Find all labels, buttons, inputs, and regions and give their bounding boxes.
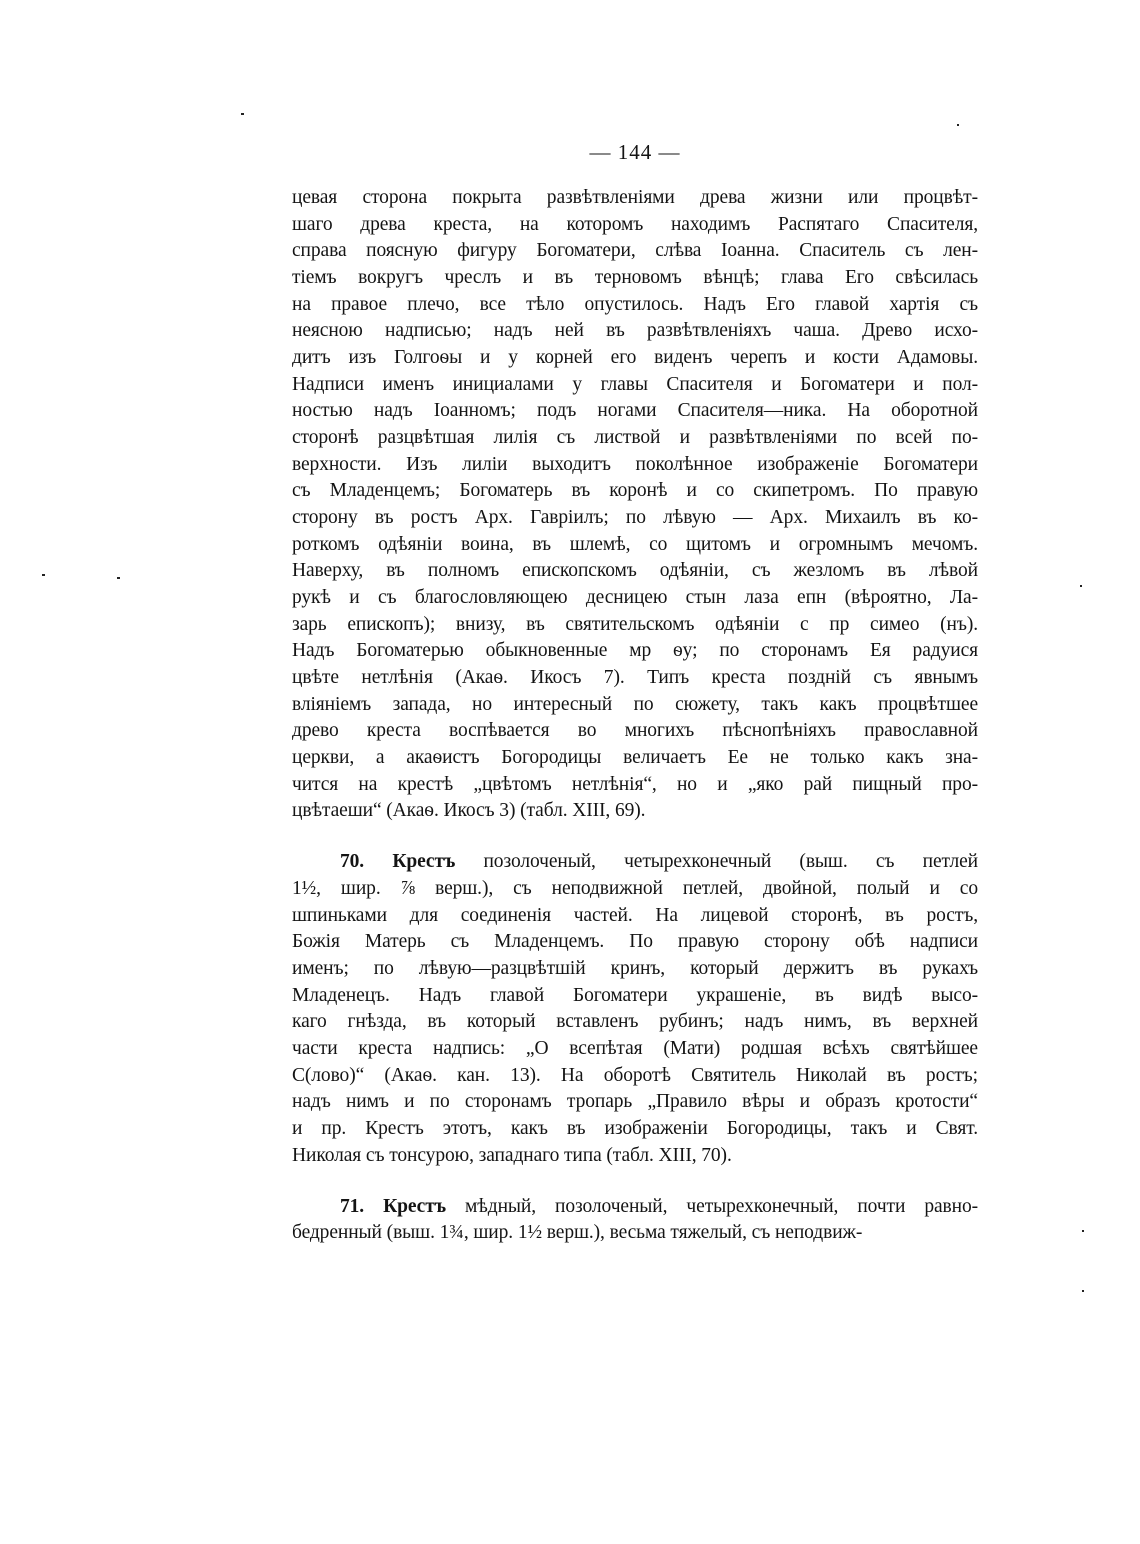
text-line: Божія Матерь съ Младенцемъ. По правую ст… [292,929,978,955]
text-line: шаго древа креста, на которомъ находимъ … [292,212,978,238]
text-line: 70. Крестъ позолоченый, четырехконечный … [292,849,978,875]
item-number: 70. [340,851,392,872]
item-heading: Крестъ [392,851,483,872]
text-line: шпиньками для соединенія частей. На лице… [292,903,978,929]
text-line: Надписи именъ инициалами у главы Спасите… [292,372,978,398]
scan-speck [117,577,120,579]
text-line: древо креста воспѣвается во многихъ пѣсн… [292,718,978,744]
scan-speck [1082,1290,1084,1292]
text-line: церкви, а акаѳистъ Богородицы величаетъ … [292,745,978,771]
text-line: Младенецъ. Надъ главой Богоматери украше… [292,983,978,1009]
text-line: тіемъ вокругъ чреслъ и въ терновомъ вѣнц… [292,265,978,291]
text-line: вліяніемъ запада, но интересный по сюжет… [292,692,978,718]
text-line: Николая съ тонсурою, западнаго типа (таб… [292,1143,978,1169]
text-line: С(лово)“ (Акаѳ. кан. 13). На оборотѣ Свя… [292,1063,978,1089]
text-line: цвѣтаеши“ (Акаѳ. Икосъ 3) (табл. XIII, 6… [292,798,978,824]
item-text: позолоченый, четырехконечный (выш. съ пе… [483,851,978,872]
text-line: сторону въ ростъ Арх. Гавріилъ; по лѣвую… [292,505,978,531]
text-line: справа поясную фигуру Богоматери, слѣва … [292,238,978,264]
text-line: зарь епископъ); внизу, въ святительскомъ… [292,612,978,638]
scan-speck [241,113,244,115]
text-line: надъ нимъ и по сторонамъ тропарь „Правил… [292,1089,978,1115]
text-line: 71. Крестъ мѣдный, позолоченый, четырехк… [292,1194,978,1220]
text-line: цевая сторона покрыта развѣтвленіями дре… [292,185,978,211]
text-line: сторонѣ разцвѣтшая лилія съ листвой и ра… [292,425,978,451]
text-line: верхности. Изъ лиліи выходитъ поколѣнное… [292,452,978,478]
text-line: части креста надпись: „О всепѣтая (Мати)… [292,1036,978,1062]
text-line: съ Младенцемъ; Богоматерь въ коронѣ и со… [292,478,978,504]
text-line: роткомъ одѣяніи воина, въ шлемѣ, со щито… [292,532,978,558]
scan-speck [42,574,45,576]
page-number: — 144 — [0,140,1140,165]
text-line: цвѣте нетлѣнія (Акаѳ. Икосъ 7). Типъ кре… [292,665,978,691]
text-line: ностью надъ Іоанномъ; подъ ногами Спасит… [292,398,978,424]
text-line: бедренный (выш. 1¾, шир. 1½ верш.), весь… [292,1220,978,1246]
scan-speck [957,124,959,126]
text-line: рукѣ и съ благословляющею десницею стын … [292,585,978,611]
item-text: мѣдный, позолоченый, четырехконечный, по… [465,1196,978,1217]
text-line: Надъ Богоматерью обыкновенные мр ѳу; по … [292,638,978,664]
item-heading: Крестъ [383,1196,465,1217]
text-line: неясною надписью; надъ ней въ развѣтвлен… [292,318,978,344]
text-line: на правое плечо, все тѣло опустилось. На… [292,292,978,318]
text-line: Наверху, въ полномъ епископскомъ одѣяніи… [292,558,978,584]
scan-speck [1082,1230,1084,1232]
scan-speck [1080,585,1082,587]
item-number: 71. [340,1196,383,1217]
text-line: каго гнѣзда, въ который вставленъ рубинъ… [292,1009,978,1035]
text-line: и пр. Крестъ этотъ, какъ въ изображеніи … [292,1116,978,1142]
text-line: чится на крестѣ „цвѣтомъ нетлѣнія“, но и… [292,772,978,798]
text-line: именъ; по лѣвую—разцвѣтшій кринъ, которы… [292,956,978,982]
text-line: дитъ изъ Голгоѳы и у корней его виденъ ч… [292,345,978,371]
text-line: 1½, шир. ⅞ верш.), съ неподвижной петлей… [292,876,978,902]
